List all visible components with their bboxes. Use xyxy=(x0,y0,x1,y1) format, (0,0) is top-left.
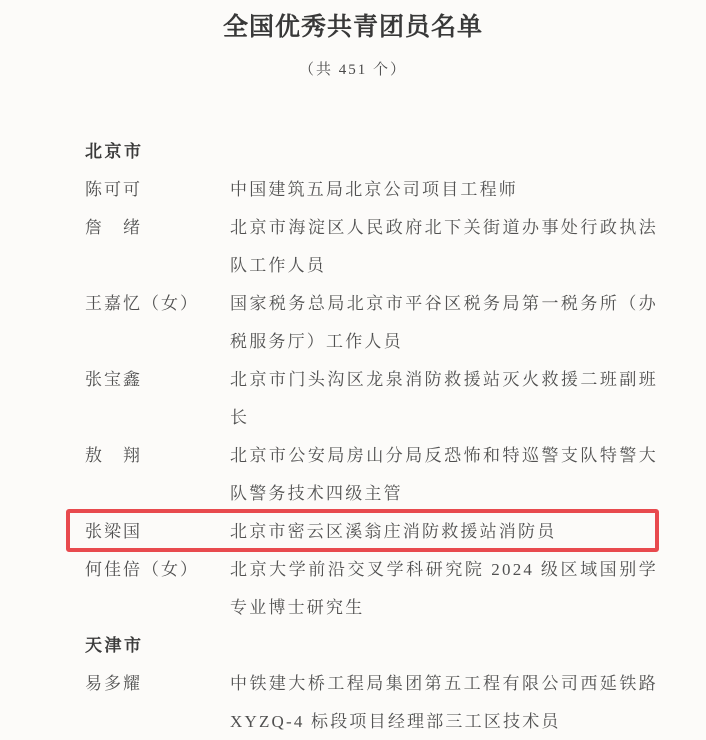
member-description: 北京大学前沿交叉学科研究院 2024 级区域国别学专业博士研究生 xyxy=(230,551,658,627)
page-title: 全国优秀共青团员名单 xyxy=(0,0,706,43)
member-row: 王嘉忆（女）国家税务总局北京市平谷区税务局第一税务所（办税服务厅）工作人员 xyxy=(85,285,658,361)
member-description: 中铁建大桥工程局集团第五工程有限公司西延铁路 XYZQ-4 标段项目经理部三工区… xyxy=(230,665,658,740)
member-description: 北京市公安局房山分局反恐怖和特巡警支队特警大队警务技术四级主管 xyxy=(230,437,658,513)
member-row: 易多耀中铁建大桥工程局集团第五工程有限公司西延铁路 XYZQ-4 标段项目经理部… xyxy=(85,665,658,740)
member-description: 中国建筑五局北京公司项目工程师 xyxy=(230,171,658,209)
member-name: 何佳倍（女） xyxy=(85,551,230,589)
section-header: 北京市 xyxy=(85,133,658,171)
member-row: 何佳倍（女）北京大学前沿交叉学科研究院 2024 级区域国别学专业博士研究生 xyxy=(85,551,658,627)
document-page: 全国优秀共青团员名单 （共 451 个） 北京市陈可可中国建筑五局北京公司项目工… xyxy=(0,0,706,740)
member-description: 北京市密云区溪翁庄消防救援站消防员 xyxy=(230,513,658,551)
member-name: 敖 翔 xyxy=(85,437,230,475)
member-name: 易多耀 xyxy=(85,665,230,703)
page-subtitle: （共 451 个） xyxy=(0,58,706,79)
member-name: 张梁国 xyxy=(85,513,230,551)
member-description: 国家税务总局北京市平谷区税务局第一税务所（办税服务厅）工作人员 xyxy=(230,285,658,361)
member-row: 张宝鑫北京市门头沟区龙泉消防救援站灭火救援二班副班长 xyxy=(85,361,658,437)
member-name: 张宝鑫 xyxy=(85,361,230,399)
section-header: 天津市 xyxy=(85,627,658,665)
member-list: 北京市陈可可中国建筑五局北京公司项目工程师詹 绪北京市海淀区人民政府北下关街道办… xyxy=(85,133,658,740)
member-description: 北京市海淀区人民政府北下关街道办事处行政执法队工作人员 xyxy=(230,209,658,285)
member-name: 詹 绪 xyxy=(85,209,230,247)
member-row: 陈可可中国建筑五局北京公司项目工程师 xyxy=(85,171,658,209)
member-name: 王嘉忆（女） xyxy=(85,285,230,323)
member-name: 陈可可 xyxy=(85,171,230,209)
member-row: 敖 翔北京市公安局房山分局反恐怖和特巡警支队特警大队警务技术四级主管 xyxy=(85,437,658,513)
member-description: 北京市门头沟区龙泉消防救援站灭火救援二班副班长 xyxy=(230,361,658,437)
member-row: 詹 绪北京市海淀区人民政府北下关街道办事处行政执法队工作人员 xyxy=(85,209,658,285)
member-row-highlighted: 张梁国北京市密云区溪翁庄消防救援站消防员 xyxy=(85,513,658,551)
